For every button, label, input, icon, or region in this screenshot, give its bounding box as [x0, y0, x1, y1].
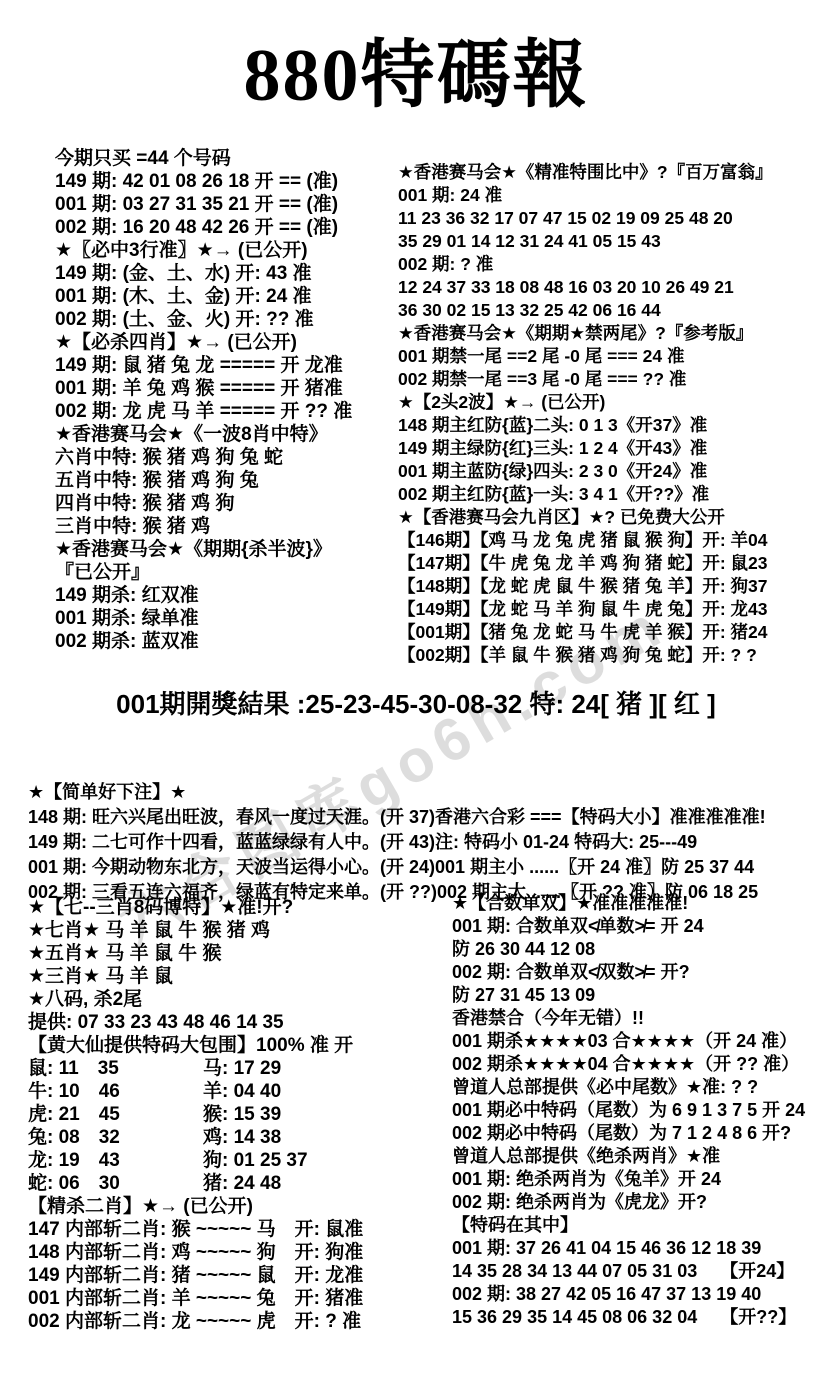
- text-line: 001 期: 24 准: [398, 184, 773, 207]
- text-line: 149 期杀: 红双准: [55, 584, 352, 607]
- number-row: 002 期: 38 27 42 05 16 47 37 13 19 40: [452, 1283, 805, 1306]
- text-line: 001 期: 羊 兔 鸡 猴 ===== 开 猪准: [55, 377, 352, 400]
- text-line: 147 内部斩二肖: 猴 ~~~~~ 马 开: 鼠准: [28, 1218, 363, 1241]
- text-line: ★七肖★ 马 羊 鼠 牛 猴 猪 鸡: [28, 919, 363, 942]
- top-right-predictions: ★香港赛马会★《精准特围比中》?『百万富翁』 001 期: 24 准 11 23…: [398, 161, 773, 667]
- zodiac-table-row: 鼠: 11 35 马: 17 29: [28, 1057, 363, 1080]
- text-line: 002 期: 绝杀两肖为《虎龙》开?: [452, 1191, 805, 1214]
- text-line: 148 期: 旺六兴尾出旺波，春风一度过天涯。(开 37)香港六合彩 ===【特…: [28, 805, 766, 830]
- easy-bet-section: ★【简单好下注】★ 148 期: 旺六兴尾出旺波，春风一度过天涯。(开 37)香…: [28, 780, 766, 905]
- text-line: 001 期: 今期动物东北方，天波当运得小心。(开 24)001 期主小 ...…: [28, 855, 766, 880]
- draw-result-banner: 001期開獎結果 :25-23-45-30-08-32 特: 24[ 猪 ][ …: [0, 684, 832, 721]
- text-line: 002 期杀: 蓝双准: [55, 630, 352, 653]
- number-row: 35 29 01 14 12 31 24 41 05 15 43: [398, 230, 773, 253]
- zodiac-cell: 牛: 10 46: [28, 1080, 203, 1103]
- text-line: 六肖中特: 猴 猪 鸡 狗 兔 蛇: [55, 446, 352, 469]
- text-line: 001 期: 合数单双≮单数≯= 开 24: [452, 915, 805, 938]
- text-line: 四肖中特: 猴 猪 鸡 狗: [55, 492, 352, 515]
- number-row: 14 35 28 34 13 44 07 05 31 03 【开24】: [452, 1260, 805, 1283]
- text-line: 001 期主蓝防{绿}四头: 2 3 0《开24》准: [398, 460, 773, 483]
- number-row: 提供: 07 33 23 43 48 46 14 35: [28, 1011, 363, 1034]
- text-line: 001 内部斩二肖: 羊 ~~~~~ 兔 开: 猪准: [28, 1287, 363, 1310]
- zodiac-table-row: 蛇: 06 30 猪: 24 48: [28, 1172, 363, 1195]
- text-line: 002 期主红防{蓝}一头: 3 4 1《开??》准: [398, 483, 773, 506]
- text-line: ★三肖★ 马 羊 鼠: [28, 965, 363, 988]
- text-line: 149 内部斩二肖: 猪 ~~~~~ 鼠 开: 龙准: [28, 1264, 363, 1287]
- section-header: ★香港赛马会★《一波8肖中特》: [55, 423, 352, 446]
- text-line: 149 期: 二七可作十四看，蓝蓝绿绿有人中。(开 43)注: 特码小 01-2…: [28, 830, 766, 855]
- text-line: 149 期: 鼠 猪 兔 龙 ===== 开 龙准: [55, 354, 352, 377]
- text-line: 002 期杀★★★★04 合★★★★（开 ?? 准）: [452, 1053, 805, 1076]
- section-header: ★香港赛马会★《期期★禁两尾》?『参考版』: [398, 322, 773, 345]
- section-header: 【特码在其中】: [452, 1214, 805, 1237]
- section-header: ★【合数单双】★准准准准准!: [452, 892, 805, 915]
- text-line: 香港禁合（今年无错）!!: [452, 1007, 805, 1030]
- section-header: 【精杀二肖】★→ (已公开): [28, 1195, 363, 1218]
- zodiac-table-row: 兔: 08 32 鸡: 14 38: [28, 1126, 363, 1149]
- text-line: 148 内部斩二肖: 鸡 ~~~~~ 狗 开: 狗准: [28, 1241, 363, 1264]
- text-line: 149 期: 42 01 08 26 18 开 == (准): [55, 170, 352, 193]
- zodiac-table-row: 牛: 10 46 羊: 04 40: [28, 1080, 363, 1103]
- zodiac-zone-row: 【146期】【鸡 马 龙 兔 虎 猪 鼠 猴 狗】开: 羊04: [398, 529, 773, 552]
- text-line: 002 期: (土、金、火) 开: ?? 准: [55, 308, 352, 331]
- text-line: 002 期: 16 20 48 42 26 开 == (准): [55, 216, 352, 239]
- zodiac-cell: 虎: 21 45: [28, 1103, 203, 1126]
- text-line: 002 期: 合数单双≮双数≯= 开?: [452, 961, 805, 984]
- section-header: 曾道人总部提供《绝杀两肖》★准: [452, 1145, 805, 1168]
- text-line: 001 期: 绝杀两肖为《兔羊》开 24: [452, 1168, 805, 1191]
- section-header: 【黄大仙提供特码大包围】100% 准 开: [28, 1034, 363, 1057]
- section-header: 曾道人总部提供《必中尾数》★准: ? ?: [452, 1076, 805, 1099]
- section-header: ★【简单好下注】★: [28, 780, 766, 805]
- zodiac-zone-row: 【001期】【猪 兔 龙 蛇 马 牛 虎 羊 猴】开: 猪24: [398, 621, 773, 644]
- zodiac-zone-row: 【148期】【龙 蛇 虎 鼠 牛 猴 猪 兔 羊】开: 狗37: [398, 575, 773, 598]
- zodiac-cell: 狗: 01 25 37: [203, 1149, 308, 1172]
- number-row: 防 27 31 45 13 09: [452, 984, 805, 1007]
- zodiac-cell: 蛇: 06 30: [28, 1172, 203, 1195]
- text-line: 002 期禁一尾 ==3 尾 -0 尾 === ?? 准: [398, 368, 773, 391]
- bottom-right-predictions: ★【合数单双】★准准准准准! 001 期: 合数单双≮单数≯= 开 24 防 2…: [452, 892, 805, 1329]
- text-line: 148 期主红防{蓝}二头: 0 1 3《开37》准: [398, 414, 773, 437]
- top-left-predictions: 今期只买 =44 个号码 149 期: 42 01 08 26 18 开 == …: [55, 147, 352, 653]
- newspaper-page: { "page": { "title": "880特碼報", "watermar…: [0, 0, 832, 1388]
- zodiac-zone-row: 【002期】【羊 鼠 牛 猴 猪 鸡 狗 兔 蛇】开: ? ?: [398, 644, 773, 667]
- text-line: 149 期主绿防{红}三头: 1 2 4《开43》准: [398, 437, 773, 460]
- zodiac-table-row: 虎: 21 45 猴: 15 39: [28, 1103, 363, 1126]
- zodiac-cell: 龙: 19 43: [28, 1149, 203, 1172]
- text-line: 149 期: (金、土、水) 开: 43 准: [55, 262, 352, 285]
- text-line: 001 期: (木、土、金) 开: 24 准: [55, 285, 352, 308]
- text-line: 001 期禁一尾 ==2 尾 -0 尾 === 24 准: [398, 345, 773, 368]
- zodiac-table-row: 龙: 19 43 狗: 01 25 37: [28, 1149, 363, 1172]
- text-line: 三肖中特: 猴 猪 鸡: [55, 515, 352, 538]
- text-line: ★八码, 杀2尾: [28, 988, 363, 1011]
- text-line: 001 期杀: 绿单准: [55, 607, 352, 630]
- number-row: 11 23 36 32 17 07 47 15 02 19 09 25 48 2…: [398, 207, 773, 230]
- text-line: 002 期: ? 准: [398, 253, 773, 276]
- text-line: 001 期: 03 27 31 35 21 开 == (准): [55, 193, 352, 216]
- zodiac-zone-row: 【149期】【龙 蛇 马 羊 狗 鼠 牛 虎 兔】开: 龙43: [398, 598, 773, 621]
- zodiac-zone-row: 【147期】【牛 虎 兔 龙 羊 鸡 狗 猪 蛇】开: 鼠23: [398, 552, 773, 575]
- number-row: 防 26 30 44 12 08: [452, 938, 805, 961]
- zodiac-cell: 鸡: 14 38: [203, 1126, 281, 1149]
- zodiac-cell: 猴: 15 39: [203, 1103, 281, 1126]
- text-line: 『已公开』: [55, 561, 352, 584]
- number-row: 15 36 29 35 14 45 08 06 32 04 【开??】: [452, 1306, 805, 1329]
- zodiac-cell: 鼠: 11 35: [28, 1057, 203, 1080]
- text-line: 002 内部斩二肖: 龙 ~~~~~ 虎 开: ? 准: [28, 1310, 363, 1333]
- text-line: 五肖中特: 猴 猪 鸡 狗 兔: [55, 469, 352, 492]
- zodiac-cell: 马: 17 29: [203, 1057, 281, 1080]
- bottom-left-predictions: ★【七--三肖8码博特】★准!开? ★七肖★ 马 羊 鼠 牛 猴 猪 鸡 ★五肖…: [28, 896, 363, 1333]
- section-header: ★〖必中3行准〗★→ (已公开): [55, 239, 352, 262]
- number-row: 36 30 02 15 13 32 25 42 06 16 44: [398, 299, 773, 322]
- section-header: ★香港赛马会★《期期{杀半波}》: [55, 538, 352, 561]
- section-header: ★【必杀四肖】★→ (已公开): [55, 331, 352, 354]
- page-title: 880特碼報: [0, 16, 832, 122]
- zodiac-cell: 猪: 24 48: [203, 1172, 281, 1195]
- section-header: ★【2头2波】★→ (已公开): [398, 391, 773, 414]
- text-line: 002 期: 龙 虎 马 羊 ===== 开 ?? 准: [55, 400, 352, 423]
- section-header: ★【香港赛马会九肖区】★? 已免费大公开: [398, 506, 773, 529]
- section-header: ★【七--三肖8码博特】★准!开?: [28, 896, 363, 919]
- text-line: ★五肖★ 马 羊 鼠 牛 猴: [28, 942, 363, 965]
- zodiac-cell: 兔: 08 32: [28, 1126, 203, 1149]
- text-line: 002 期必中特码（尾数）为 7 1 2 4 8 6 开?: [452, 1122, 805, 1145]
- section-header: ★香港赛马会★《精准特围比中》?『百万富翁』: [398, 161, 773, 184]
- text-line: 001 期必中特码（尾数）为 6 9 1 3 7 5 开 24: [452, 1099, 805, 1122]
- text-line: 今期只买 =44 个号码: [55, 147, 352, 170]
- number-row: 001 期: 37 26 41 04 15 46 36 12 18 39: [452, 1237, 805, 1260]
- zodiac-cell: 羊: 04 40: [203, 1080, 281, 1103]
- number-row: 12 24 37 33 18 08 48 16 03 20 10 26 49 2…: [398, 276, 773, 299]
- text-line: 001 期杀★★★★03 合★★★★（开 24 准）: [452, 1030, 805, 1053]
